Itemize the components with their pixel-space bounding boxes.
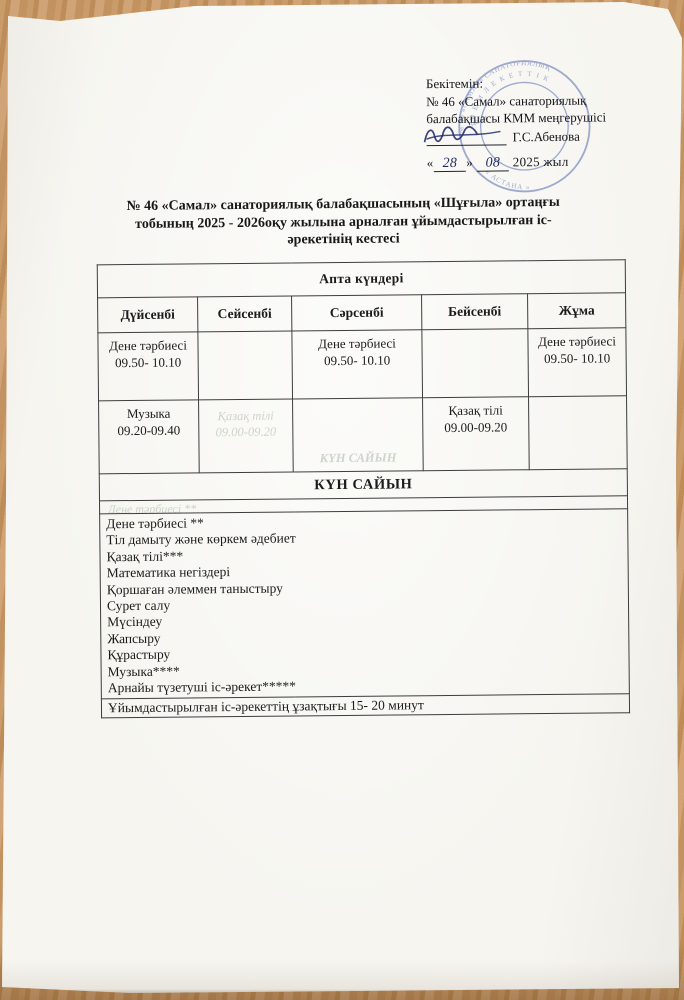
daily-activities-row: Дене тәрбиесі ** Тіл дамыту және көркем … [100,509,630,700]
cell-time: 09.50- 10.10 [529,349,626,367]
schedule-cell [198,331,293,400]
cell-subject: Дене тәрбиесі [98,336,197,354]
duration-row: Ұйымдастырылған іс-әрекеттің ұзақтығы 15… [101,694,629,718]
schedule-cell: КҮН САЙЫН [293,398,424,472]
schedule-cell: Дене тәрбиесі 09.50- 10.10 [528,328,627,397]
day-header-tuesday: Сейсенбі [198,296,292,332]
cell-time: 09.20-09.40 [99,421,198,439]
page-title: № 46 «Самал» санаториялық балабақшасының… [93,194,593,251]
approval-date-line: «28» 08 2025 жыл [427,151,667,172]
signature-line: Г.С.Абенова [426,126,666,150]
cell-time: 09.00-09.20 [423,418,528,436]
schedule-row-2: Музыка 09.20-09.40 Қазақ тілі 09.00-09.2… [99,396,628,474]
approval-block: Бекітемін: № 46 «Самал» санаториялық бал… [426,73,667,172]
ghost-text: Қазақ тілі [199,407,292,424]
cell-subject: Музыка [99,404,198,422]
document-page: № 46 «САМАЛ» САНАТОРИЯЛЫҚ М Е М Л Е К Е … [0,0,684,1000]
cell-time: 09.50- 10.10 [99,353,198,371]
schedule-cell [422,329,529,398]
date-month-handwritten: 08 [476,155,509,171]
approval-label: Бекітемін: [426,73,666,93]
schedule-cell: Дене тәрбиесі 09.50- 10.10 [292,330,423,399]
date-quote-close: » [466,154,473,169]
org-name-line-1: № 46 «Самал» санаториялық [426,90,666,110]
day-names-row: Дүйсенбі Сейсенбі Сәрсенбі Бейсенбі Жұма [98,293,626,333]
page-content: № 46 «САМАЛ» САНАТОРИЯЛЫҚ М Е М Л Е К Е … [0,0,684,1000]
cell-subject: Дене тәрбиесі [292,334,421,352]
schedule-cell: Дене тәрбиесі 09.50- 10.10 [98,332,199,401]
handwritten-signature-icon [420,122,506,149]
day-header-thursday: Бейсенбі [422,294,528,330]
ghost-text: 09.00-09.20 [199,423,292,440]
week-days-header: Апта күндері [97,260,625,298]
ghost-text: Қазақ тілі 09.00-09.20 [199,407,292,440]
week-days-header-row: Апта күндері [97,260,625,298]
cell-time: 09.50- 10.10 [293,351,422,369]
schedule-table: Апта күндері Дүйсенбі Сейсенбі Сәрсенбі … [97,259,630,719]
photo-wood-background: № 46 «САМАЛ» САНАТОРИЯЛЫҚ М Е М Л Е К Е … [0,0,684,1000]
ghost-text: КҮН САЙЫН [294,449,423,467]
date-quote-open: « [427,155,434,170]
date-day-handwritten: 28 [434,155,467,171]
cell-subject: Дене тәрбиесі [528,332,625,350]
daily-activities-cell: Дене тәрбиесі ** Тіл дамыту және көркем … [100,509,630,700]
day-header-wednesday: Сәрсенбі [292,295,422,331]
date-year: 2025 жыл [513,153,569,169]
duration-note: Ұйымдастырылған іс-әрекеттің ұзақтығы 15… [101,694,629,718]
schedule-row-1: Дене тәрбиесі 09.50- 10.10 Дене тәрбиесі… [98,328,627,401]
schedule-cell: Қазақ тілі 09.00-09.20 [423,397,530,471]
daily-activity-item: Арнайы түзетуші іс-әрекет***** [108,675,623,696]
head-name: Г.С.Абенова [512,128,580,144]
schedule-cell [529,396,628,470]
signature-rule [426,129,506,146]
day-header-monday: Дүйсенбі [98,297,198,333]
ghost-text: Дене тәрбиесі ** [108,501,196,513]
day-header-friday: Жұма [528,293,626,329]
schedule-cell: Музыка 09.20-09.40 [99,400,200,474]
schedule-cell: Қазақ тілі 09.00-09.20 [199,399,294,473]
cell-subject: Қазақ тілі [423,401,528,419]
